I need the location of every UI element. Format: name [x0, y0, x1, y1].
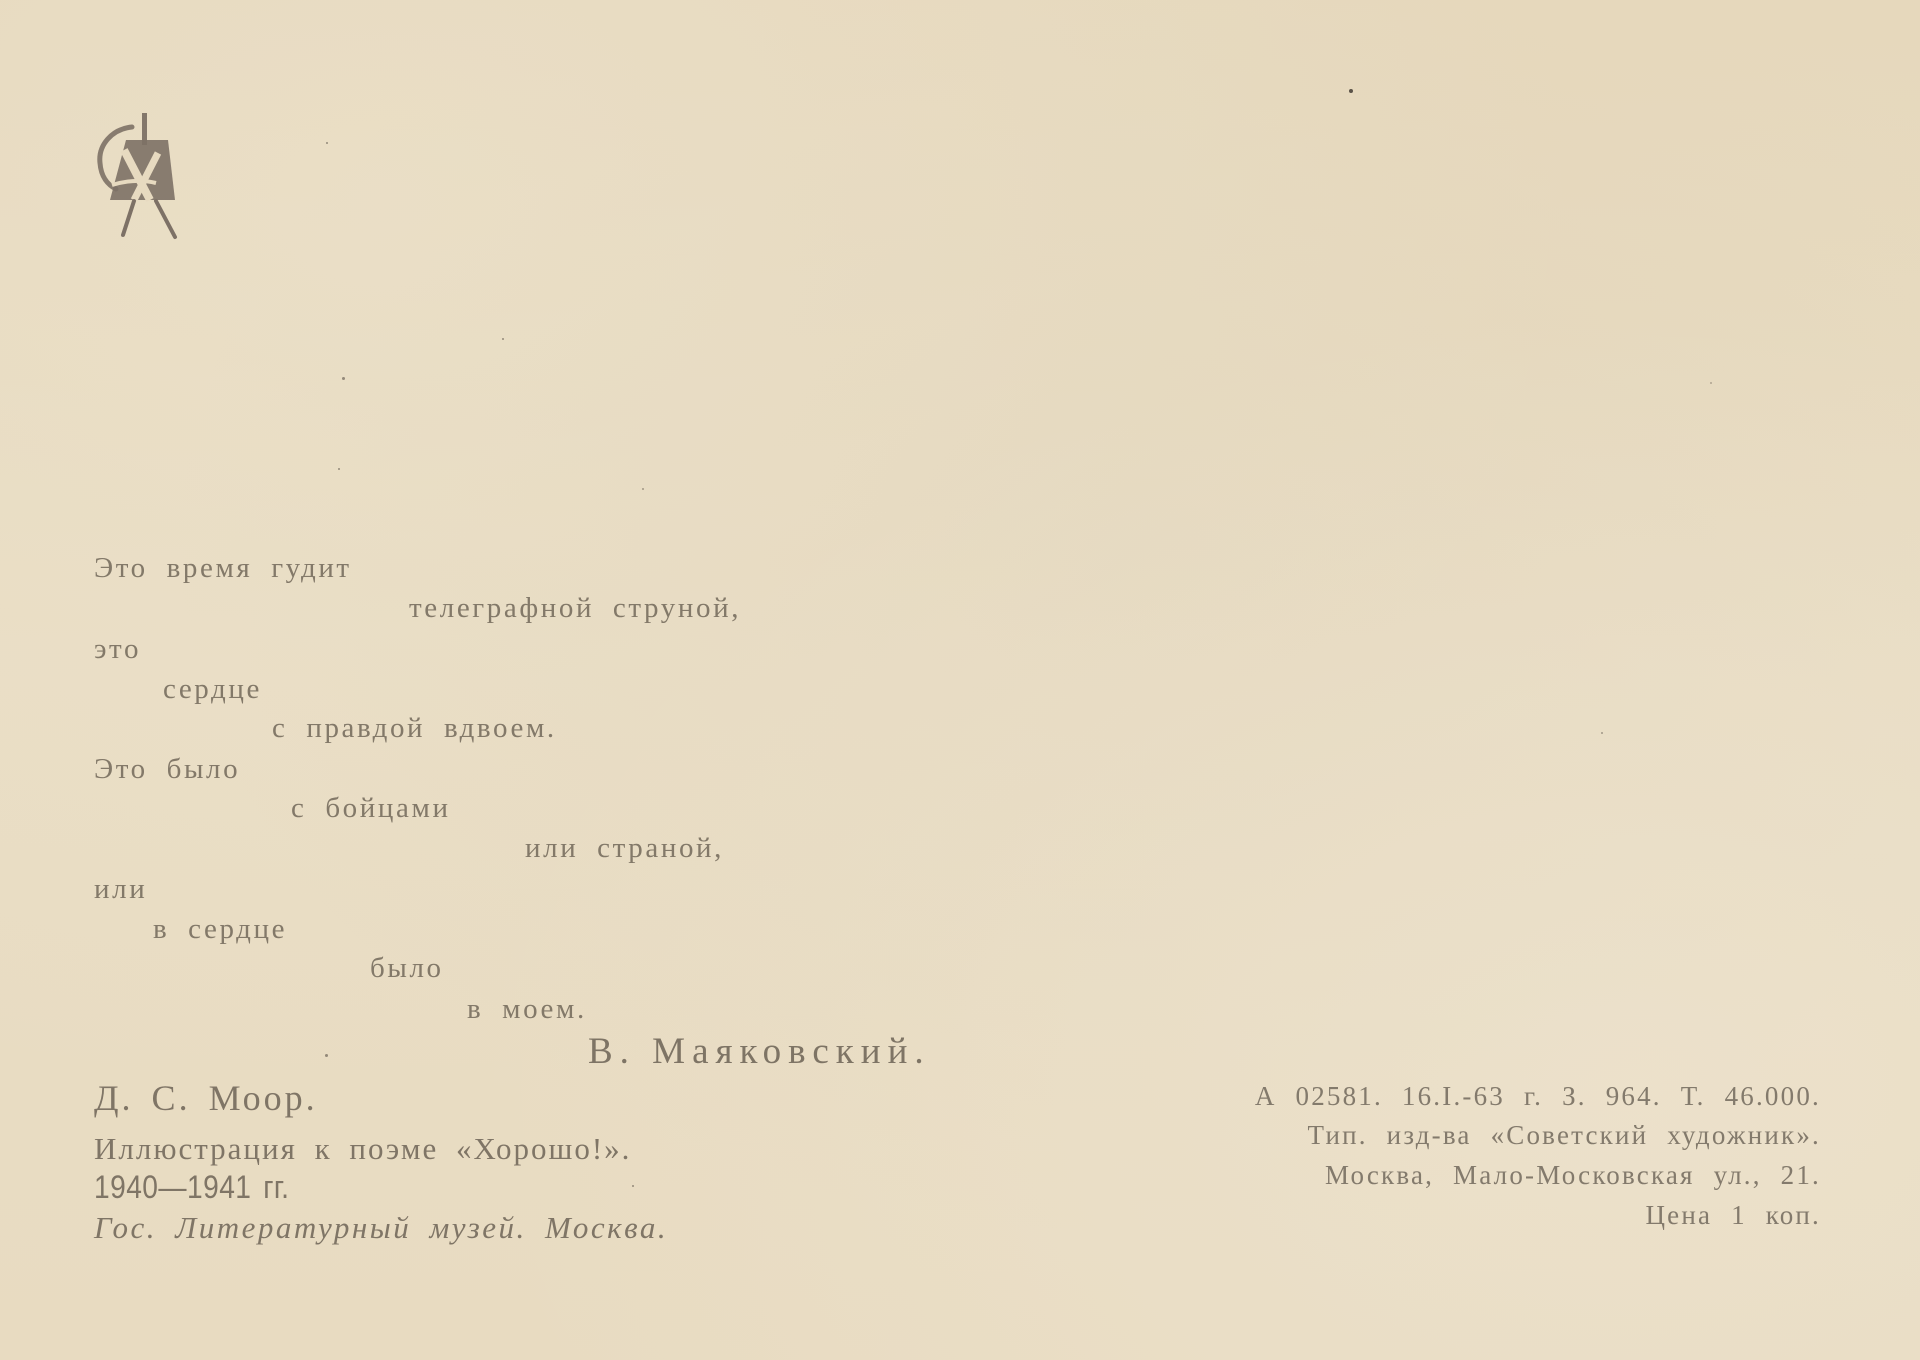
poem-line: или — [94, 875, 147, 904]
paper-speck — [1349, 89, 1353, 93]
paper-speck — [325, 1054, 328, 1057]
artist-name: Д. С. Моор. — [94, 1080, 318, 1116]
poem-line: это — [94, 635, 141, 664]
publisher-logo-icon — [90, 105, 190, 245]
paper-speck — [1601, 732, 1603, 734]
poem-line: с бойцами — [291, 794, 451, 823]
imprint-line-price: Цена 1 коп. — [1645, 1202, 1821, 1229]
imprint-line-address: Москва, Мало-Московская ул., 21. — [1325, 1162, 1821, 1189]
postcard-back: Это время гудит телеграфной струной, это… — [0, 0, 1920, 1360]
poem-author: В. Маяковский. — [588, 1033, 931, 1070]
poem-line: сердце — [163, 675, 262, 704]
imprint-line-printer: Тип. изд-ва «Советский художник». — [1307, 1122, 1821, 1149]
paper-speck — [326, 142, 328, 144]
paper-speck — [502, 338, 504, 340]
poem-line: в сердце — [153, 915, 287, 944]
poem-line: Это время гудит — [94, 554, 352, 583]
paper-speck — [342, 377, 345, 380]
paper-speck — [338, 468, 340, 470]
artwork-years: 1940—1941 гг. — [94, 1171, 289, 1203]
poem-line: было — [370, 954, 444, 983]
paper-speck — [632, 1185, 634, 1187]
museum-collection: Гос. Литературный музей. Москва. — [94, 1212, 668, 1243]
poem-line: или страной, — [525, 834, 724, 863]
paper-speck — [1710, 382, 1712, 384]
paper-speck — [642, 488, 644, 490]
poem-line: в моем. — [467, 995, 587, 1024]
imprint-line-codes: А 02581. 16.I.-63 г. З. 964. Т. 46.000. — [1255, 1083, 1821, 1110]
poem-line: с правдой вдвоем. — [272, 714, 557, 743]
poem-line: телеграфной струной, — [409, 594, 741, 623]
poem-line: Это было — [94, 755, 240, 784]
artwork-title: Иллюстрация к поэме «Хорошо!». — [94, 1133, 631, 1164]
